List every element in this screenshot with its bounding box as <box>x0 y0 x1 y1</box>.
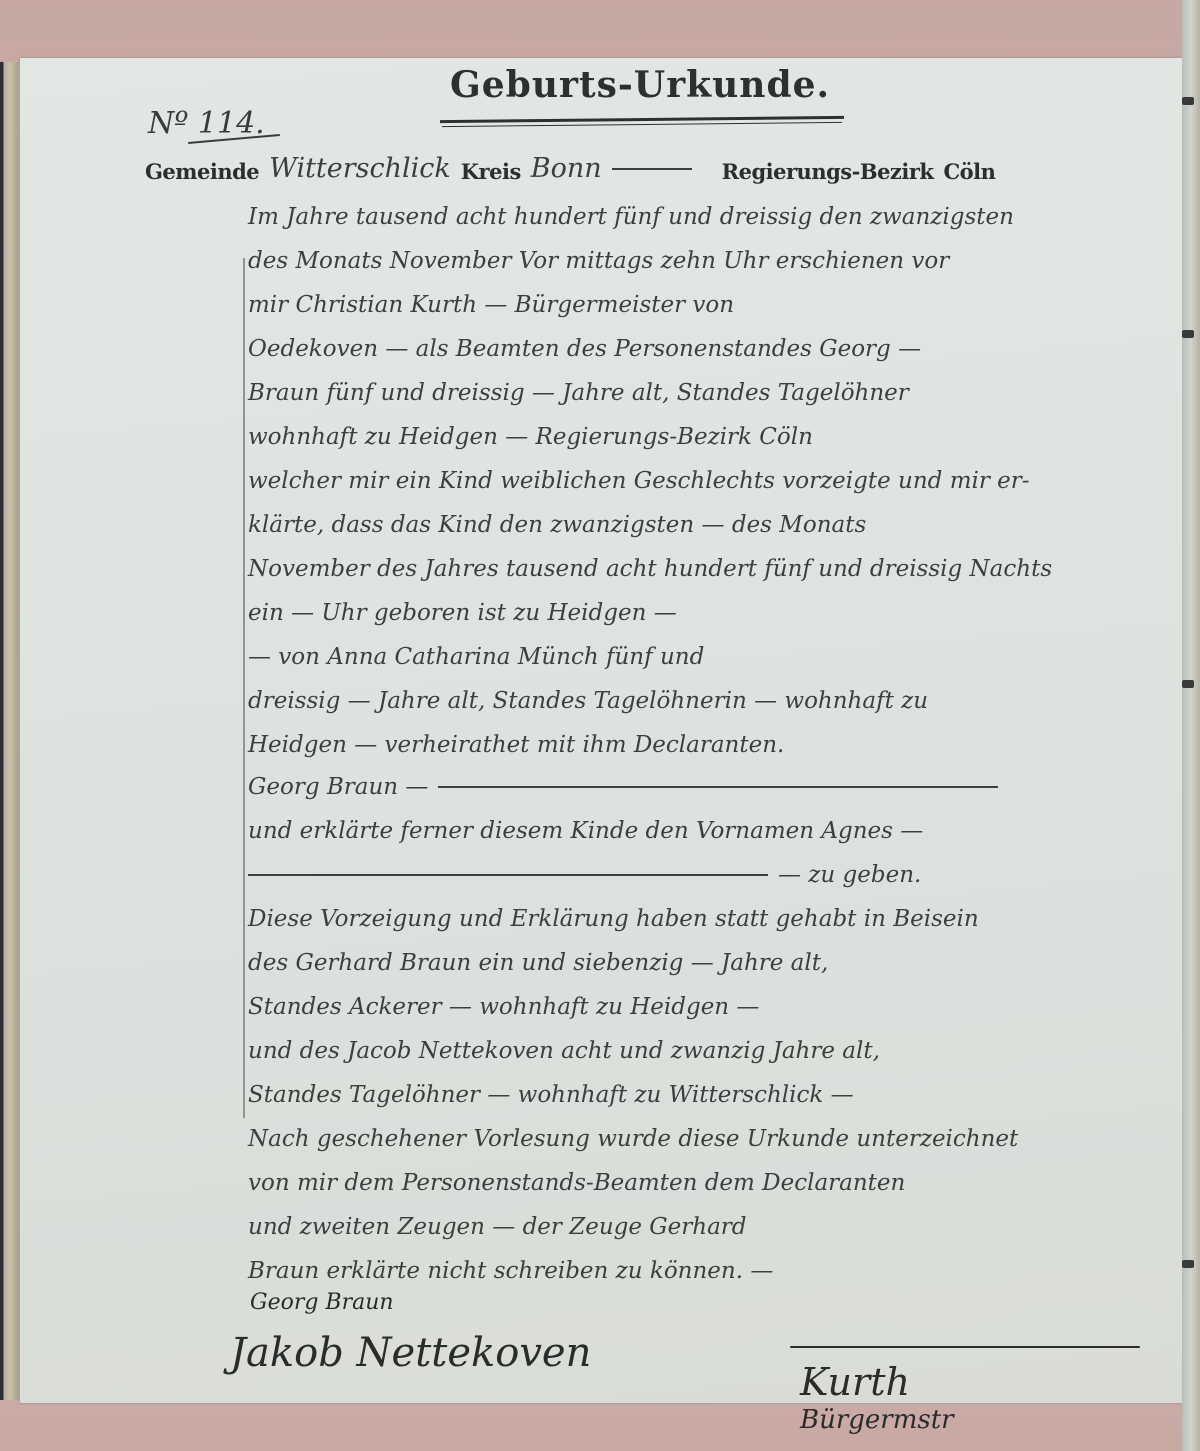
body-line-text: Diese Vorzeigung und Erklärung haben sta… <box>248 906 979 932</box>
document-title: Geburts-Urkunde. <box>450 64 830 106</box>
text-margin-rule <box>243 258 245 1118</box>
body-line: Nach geschehener Vorlesung wurde diese U… <box>248 1112 1138 1152</box>
signature-official: Kurth <box>800 1360 910 1404</box>
body-line: Standes Tagelöhner — wohnhaft zu Witters… <box>248 1068 1138 1108</box>
body-line: Im Jahre tausend acht hundert fünf und d… <box>248 190 1138 230</box>
body-line: mir Christian Kurth — Bürgermeister von <box>248 278 1138 318</box>
body-line: Heidgen — verheirathet mit ihm Declarant… <box>248 718 1138 758</box>
body-line: Georg Braun — <box>248 760 1138 800</box>
body-line-text: November des Jahres tausend acht hundert… <box>248 556 1052 582</box>
body-line-text: mir Christian Kurth — Bürgermeister von <box>248 292 734 318</box>
body-line-text: Braun fünf und dreissig — Jahre alt, Sta… <box>248 380 909 406</box>
body-line-text: welcher mir ein Kind weiblichen Geschlec… <box>248 468 1030 494</box>
body-line: dreissig — Jahre alt, Standes Tagelöhner… <box>248 674 1138 714</box>
binding-stitch-icon <box>1182 680 1194 688</box>
body-line-text: von mir dem Personenstands-Beamten dem D… <box>248 1170 905 1196</box>
body-line-text: — von Anna Catharina Münch fünf und <box>248 644 704 670</box>
body-line: Braun fünf und dreissig — Jahre alt, Sta… <box>248 366 1138 406</box>
certificate-number: Nº 114. <box>148 106 265 141</box>
body-line-text: Standes Ackerer — wohnhaft zu Heidgen — <box>248 994 759 1020</box>
body-line-text: des Gerhard Braun ein und siebenzig — Ja… <box>248 950 828 976</box>
body-line: von mir dem Personenstands-Beamten dem D… <box>248 1156 1138 1196</box>
binding-stitch-icon <box>1182 1260 1194 1268</box>
body-line-text: und des Jacob Nettekoven acht und zwanzi… <box>248 1038 880 1064</box>
body-line-text: und erklärte ferner diesem Kinde den Vor… <box>248 818 923 844</box>
body-line-text: Georg Braun — <box>248 774 428 800</box>
body-line: wohnhaft zu Heidgen — Regierungs-Bezirk … <box>248 410 1138 450</box>
signature-official-title: Bürgermstr <box>800 1405 954 1435</box>
body-line: Standes Ackerer — wohnhaft zu Heidgen — <box>248 980 1138 1020</box>
page-binding-edge <box>1182 0 1200 1451</box>
signature-flourish <box>790 1346 1140 1348</box>
body-line: Braun erklärte nicht schreiben zu können… <box>248 1244 1138 1284</box>
body-line-text: Standes Tagelöhner — wohnhaft zu Witters… <box>248 1082 854 1108</box>
regierungsbezirk-value: Cöln <box>943 159 995 184</box>
kreis-value: Bonn <box>531 153 602 184</box>
body-line-text: Nach geschehener Vorlesung wurde diese U… <box>248 1126 1018 1152</box>
binding-stitch-icon <box>1182 330 1194 338</box>
body-line-text: Oedekoven — als Beamten des Personenstan… <box>248 336 921 362</box>
body-line: welcher mir ein Kind weiblichen Geschlec… <box>248 454 1138 494</box>
body-line-text: dreissig — Jahre alt, Standes Tagelöhner… <box>248 688 928 714</box>
body-line-text: Im Jahre tausend acht hundert fünf und d… <box>248 204 1014 230</box>
header-row: Gemeinde Witterschlick Kreis Bonn Regier… <box>145 140 1135 184</box>
body-line-text: — zu geben. <box>778 862 921 888</box>
body-line: Diese Vorzeigung und Erklärung haben sta… <box>248 892 1138 932</box>
body-line-text: wohnhaft zu Heidgen — Regierungs-Bezirk … <box>248 424 813 450</box>
body-line: ein — Uhr geboren ist zu Heidgen — <box>248 586 1138 626</box>
regierungsbezirk-label: Regierungs-Bezirk <box>722 159 934 184</box>
body-line: — zu geben. <box>248 848 1138 888</box>
body-line: des Monats November Vor mittags zehn Uhr… <box>248 234 1138 274</box>
gemeinde-label: Gemeinde <box>145 159 259 184</box>
signature-declarant: Georg Braun <box>250 1290 394 1315</box>
signature-witness: Jakob Nettekoven <box>230 1330 591 1376</box>
kreis-label: Kreis <box>461 159 521 184</box>
body-line-text: klärte, dass das Kind den zwanzigsten — … <box>248 512 866 538</box>
body-line: klärte, dass das Kind den zwanzigsten — … <box>248 498 1138 538</box>
gemeinde-value: Witterschlick <box>269 153 451 184</box>
fill-dash <box>612 168 692 170</box>
body-line: und erklärte ferner diesem Kinde den Vor… <box>248 804 1138 844</box>
body-line: und des Jacob Nettekoven acht und zwanzi… <box>248 1024 1138 1064</box>
body-line: — von Anna Catharina Münch fünf und <box>248 630 1138 670</box>
body-line-text: ein — Uhr geboren ist zu Heidgen — <box>248 600 677 626</box>
body-line: November des Jahres tausend acht hundert… <box>248 542 1138 582</box>
body-line-text: und zweiten Zeugen — der Zeuge Gerhard <box>248 1214 747 1240</box>
body-line-text: Heidgen — verheirathet mit ihm Declarant… <box>248 732 784 758</box>
book-spine <box>0 62 22 1400</box>
fill-dash <box>248 874 768 876</box>
body-line: und zweiten Zeugen — der Zeuge Gerhard <box>248 1200 1138 1240</box>
body-line: Oedekoven — als Beamten des Personenstan… <box>248 322 1138 362</box>
body-line-text: des Monats November Vor mittags zehn Uhr… <box>248 248 949 274</box>
fill-dash <box>438 786 998 788</box>
body-line-text: Braun erklärte nicht schreiben zu können… <box>248 1258 773 1284</box>
binding-stitch-icon <box>1182 97 1194 105</box>
body-line: des Gerhard Braun ein und siebenzig — Ja… <box>248 936 1138 976</box>
